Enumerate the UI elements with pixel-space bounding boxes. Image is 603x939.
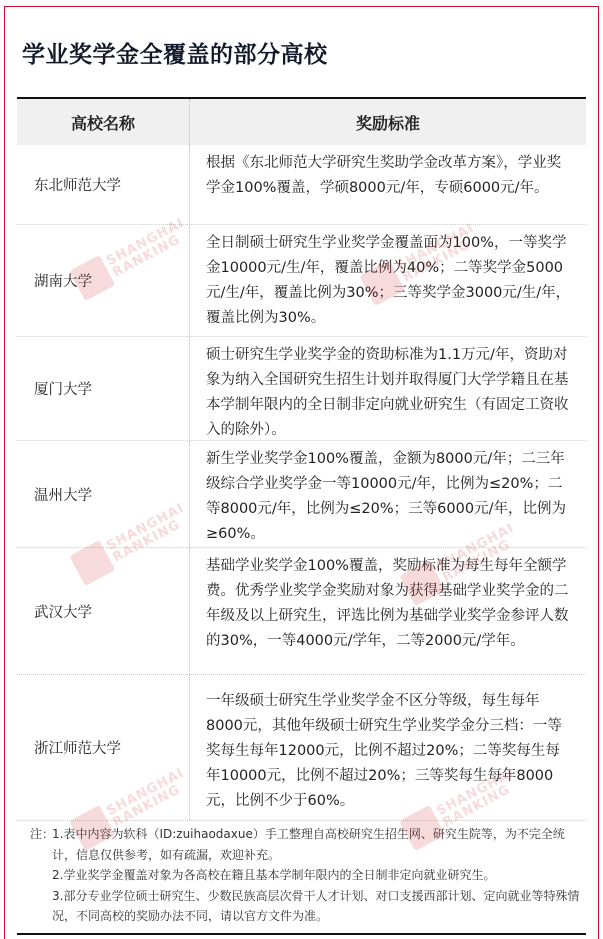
note-label: 注：: [30, 824, 52, 927]
school-name: 武汉大学: [17, 548, 190, 674]
note-line: 注： 1.表中内容为软科（ID:zuihaodaxue）手工整理自高校研究生招生…: [30, 824, 586, 927]
table-row: 温州大学 新生学业奖学金100%覆盖，金额为8000元/年；二三年级综合学业奖学…: [17, 441, 586, 548]
page-title: 学业奖学金全覆盖的部分高校: [22, 36, 328, 69]
school-name: 温州大学: [17, 441, 190, 547]
school-name: 东北师范大学: [17, 145, 190, 224]
award-standard: 全日制硕士研究生学业奖学金覆盖面为100%，一等奖学金10000元/生/年，覆盖…: [190, 225, 586, 336]
award-standard: 根据《东北师范大学研究生奖助学金改革方案》，学业奖学金100%覆盖，学硕8000…: [190, 145, 586, 224]
scholarship-table: 高校名称 奖励标准 东北师范大学 根据《东北师范大学研究生奖助学金改革方案》，学…: [17, 97, 586, 821]
table-row: 浙江师范大学 一年级硕士研究生学业奖学金不区分等级，每生每年8000元，其他年级…: [17, 675, 586, 821]
school-name: 湖南大学: [17, 225, 190, 336]
table-row: 东北师范大学 根据《东北师范大学研究生奖助学金改革方案》，学业奖学金100%覆盖…: [17, 145, 586, 225]
header-school-name: 高校名称: [17, 99, 190, 145]
note-item: 1.表中内容为软科（ID:zuihaodaxue）手工整理自高校研究生招生网、研…: [52, 824, 586, 865]
award-standard: 硕士研究生学业奖学金的资助标准为1.1万元/年，资助对象为纳入全国研究生招生计划…: [190, 337, 586, 440]
note-item: 3.部分专业学位硕士研究生、少数民族高层次骨干人才计划、对口支援西部计划、定向就…: [52, 886, 586, 927]
school-name: 浙江师范大学: [17, 675, 190, 820]
award-standard: 新生学业奖学金100%覆盖，金额为8000元/年；二三年级综合学业奖学金一等10…: [190, 441, 586, 547]
award-standard: 一年级硕士研究生学业奖学金不区分等级，每生每年8000元，其他年级硕士研究生学业…: [190, 675, 586, 820]
award-standard: 基础学业奖学金100%覆盖，奖励标准为每生每年全额学费。优秀学业奖学金奖励对象为…: [190, 548, 586, 674]
footnotes: 注： 1.表中内容为软科（ID:zuihaodaxue）手工整理自高校研究生招生…: [30, 824, 586, 927]
table-header: 高校名称 奖励标准: [17, 99, 586, 145]
school-name: 厦门大学: [17, 337, 190, 440]
table-row: 厦门大学 硕士研究生学业奖学金的资助标准为1.1万元/年，资助对象为纳入全国研究…: [17, 337, 586, 441]
table-row: 武汉大学 基础学业奖学金100%覆盖，奖励标准为每生每年全额学费。优秀学业奖学金…: [17, 548, 586, 675]
bottom-rule: [17, 933, 586, 935]
header-standard: 奖励标准: [190, 99, 586, 145]
table-row: 湖南大学 全日制硕士研究生学业奖学金覆盖面为100%，一等奖学金10000元/生…: [17, 225, 586, 337]
note-item: 2.学业奖学金覆盖对象为各高校在籍且基本学制年限内的全日制非定向就业研究生。: [52, 865, 586, 886]
note-body: 1.表中内容为软科（ID:zuihaodaxue）手工整理自高校研究生招生网、研…: [52, 824, 586, 927]
